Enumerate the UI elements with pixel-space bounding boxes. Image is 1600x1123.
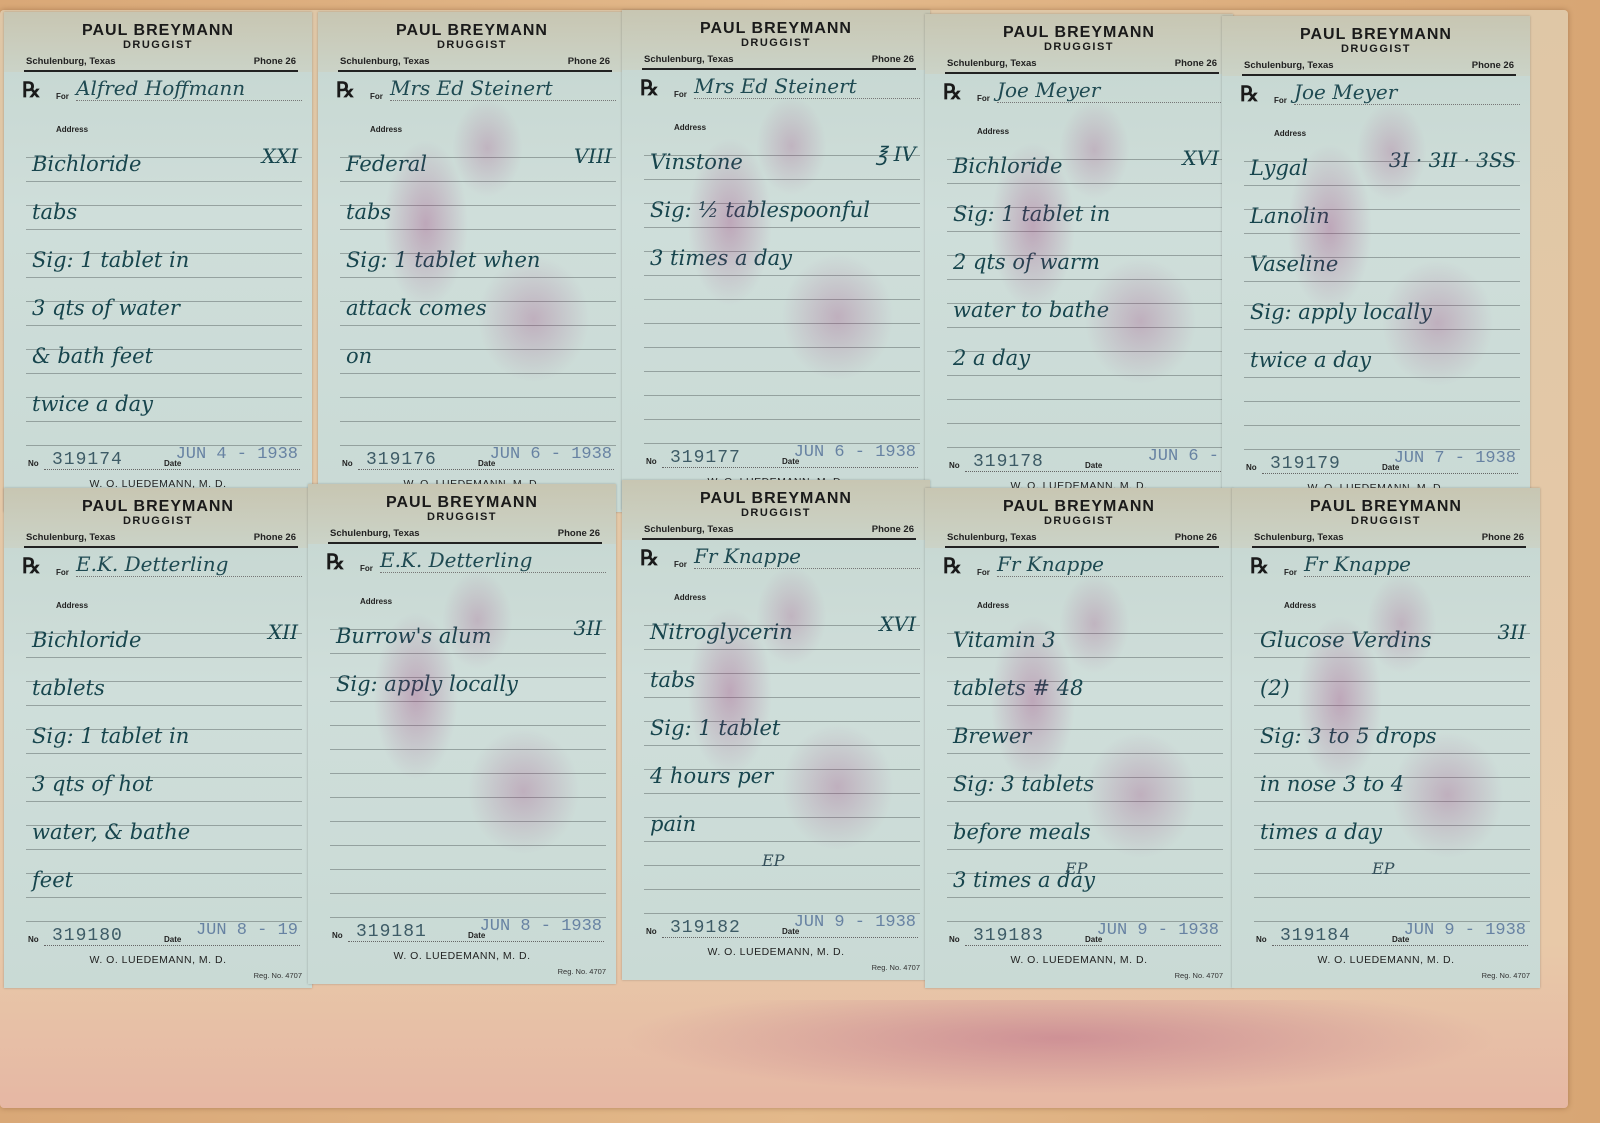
prescription-number: 319179 [1270,454,1341,474]
prescription-quantity: XXI [262,144,298,168]
number-label: No [646,927,657,936]
letterhead: PAUL BREYMANN DRUGGIST [318,22,626,51]
pharmacy-title: DRUGGIST [1232,515,1540,527]
patient-name: E.K. Detterling [380,548,606,573]
number-label: No [949,935,960,944]
prescription-text: Bichloride tabs Sig: 1 tablet in 3 qts o… [32,140,300,428]
rx-symbol-icon: ℞ [1250,554,1269,579]
physician-reg: Reg. No. 4707 [1482,971,1530,980]
pharmacy-title: DRUGGIST [4,515,312,527]
prescription-text: Bichloride tablets Sig: 1 tablet in 3 qt… [32,616,300,904]
for-label: For [977,568,990,577]
number-label: No [342,459,353,468]
address-label: Address [674,123,706,132]
prescription-number: 319184 [1280,926,1351,946]
rx-symbol-icon: ℞ [640,76,659,101]
prescription-quantity: 3I · 3II · 3SS [1389,148,1516,172]
prescription-number: 319181 [356,922,427,942]
pharmacy-location: Schulenburg, Texas [26,532,116,543]
patient-name: E.K. Detterling [76,552,302,577]
for-label: For [977,94,990,103]
address-label: Address [977,127,1009,136]
pharmacy-location: Schulenburg, Texas [644,54,734,65]
prescription-number: 319178 [973,452,1044,472]
rx-symbol-icon: ℞ [943,80,962,105]
pharmacy-title: DRUGGIST [318,39,626,51]
address-label: Address [360,597,392,606]
header-rule [24,70,298,72]
pharmacy-name: PAUL BREYMANN [622,490,930,508]
pharmacy-phone: Phone 26 [254,56,296,67]
letterhead: PAUL BREYMANN DRUGGIST [308,494,616,523]
prescription-quantity: XVI [879,612,916,636]
date-stamp: JUN 6 - 1938 [794,443,916,462]
prescription-slip-319176: PAUL BREYMANN DRUGGIST Schulenburg, Texa… [318,12,626,512]
patient-name: Mrs Ed Steinert [694,74,920,99]
address-label: Address [1284,601,1316,610]
pharmacy-name: PAUL BREYMANN [4,498,312,516]
header-rule [1252,546,1526,548]
date-stamp: JUN 4 - 1938 [176,445,298,464]
rx-symbol-icon: ℞ [336,78,355,103]
pharmacy-name: PAUL BREYMANN [318,22,626,40]
prescription-number: 319180 [52,926,123,946]
pharmacy-location: Schulenburg, Texas [947,58,1037,69]
header-rule [945,72,1219,74]
address-label: Address [370,125,402,134]
ink-stain [620,1000,1500,1095]
header-rule [1242,74,1516,76]
for-label: For [674,90,687,99]
patient-name: Mrs Ed Steinert [390,76,616,101]
rx-symbol-icon: ℞ [22,554,41,579]
physician-reg: Reg. No. 4707 [872,963,920,972]
date-stamp: JUN 6 - 1938 [490,445,612,464]
pharmacy-location: Schulenburg, Texas [1254,532,1344,543]
patient-name: Joe Meyer [997,78,1223,103]
rx-symbol-icon: ℞ [943,554,962,579]
prescription-text: Federal tabs Sig: 1 tablet when attack c… [346,140,614,380]
pharmacy-phone: Phone 26 [872,524,914,535]
pharmacy-title: DRUGGIST [622,507,930,519]
date-label: Date [1085,461,1102,470]
prescription-slip-319177: PAUL BREYMANN DRUGGIST Schulenburg, Texa… [622,10,930,510]
for-label: For [56,92,69,101]
pharmacy-location: Schulenburg, Texas [644,524,734,535]
pharmacy-title: DRUGGIST [308,511,616,523]
prescription-number: 319182 [670,918,741,938]
pharmacy-phone: Phone 26 [872,54,914,65]
physician-reg: Reg. No. 4707 [1175,971,1223,980]
number-label: No [646,457,657,466]
letterhead: PAUL BREYMANN DRUGGIST [4,22,312,51]
pharmacy-name: PAUL BREYMANN [925,24,1233,42]
date-label: Date [164,935,181,944]
for-label: For [370,92,383,101]
patient-name: Alfred Hoffmann [76,76,302,101]
pharmacy-name: PAUL BREYMANN [1222,26,1530,44]
pharmacy-title: DRUGGIST [1222,43,1530,55]
rx-symbol-icon: ℞ [22,78,41,103]
prescription-quantity: ℥ IV [876,142,916,166]
patient-name: Joe Meyer [1294,80,1520,105]
date-stamp: JUN 7 - 1938 [1394,449,1516,468]
letterhead: PAUL BREYMANN DRUGGIST [1232,498,1540,527]
date-stamp: JUN 6 - [1148,447,1219,466]
address-label: Address [1274,129,1306,138]
prescription-slip-319184: PAUL BREYMANN DRUGGIST Schulenburg, Texa… [1232,488,1540,988]
pharmacy-name: PAUL BREYMANN [4,22,312,40]
prescription-text: Lygal Lanolin Vaseline Sig: apply locall… [1250,144,1518,384]
pharmacy-title: DRUGGIST [925,41,1233,53]
letterhead: PAUL BREYMANN DRUGGIST [622,490,930,519]
number-label: No [28,459,39,468]
address-label: Address [56,125,88,134]
number-label: No [1246,463,1257,472]
number-label: No [949,461,960,470]
pharmacy-phone: Phone 26 [1482,532,1524,543]
patient-name: Fr Knappe [694,544,920,569]
address-label: Address [977,601,1009,610]
prescription-slip-319180: PAUL BREYMANN DRUGGIST Schulenburg, Texa… [4,488,312,988]
prescription-slip-319182: PAUL BREYMANN DRUGGIST Schulenburg, Texa… [622,480,930,980]
pharmacy-phone: Phone 26 [1175,58,1217,69]
physician-reg: Reg. No. 4707 [254,971,302,980]
for-label: For [56,568,69,577]
date-stamp: JUN 8 - 1938 [480,917,602,936]
pharmacy-title: DRUGGIST [622,37,930,49]
for-label: For [674,560,687,569]
header-rule [328,542,602,544]
pharmacy-title: DRUGGIST [4,39,312,51]
letterhead: PAUL BREYMANN DRUGGIST [4,498,312,527]
date-stamp: JUN 9 - 1938 [1404,921,1526,940]
prescription-quantity: 3II [573,616,602,640]
header-rule [338,70,612,72]
pharmacy-name: PAUL BREYMANN [308,494,616,512]
address-label: Address [56,601,88,610]
for-label: For [1284,568,1297,577]
letterhead: PAUL BREYMANN DRUGGIST [925,498,1233,527]
rx-symbol-icon: ℞ [1240,82,1259,107]
prescription-slip-319181: PAUL BREYMANN DRUGGIST Schulenburg, Texa… [308,484,616,984]
letterhead: PAUL BREYMANN DRUGGIST [622,20,930,49]
physician-name: W. O. LUEDEMANN, M. D. [622,946,930,958]
number-label: No [28,935,39,944]
pharmacy-name: PAUL BREYMANN [925,498,1233,516]
pharmacy-phone: Phone 26 [1472,60,1514,71]
number-label: No [332,931,343,940]
pharmacy-location: Schulenburg, Texas [26,56,116,67]
header-rule [642,538,916,540]
header-rule [24,546,298,548]
pharmacist-initials: EP [762,851,784,870]
letterhead: PAUL BREYMANN DRUGGIST [1222,26,1530,55]
pharmacy-phone: Phone 26 [254,532,296,543]
header-rule [642,68,916,70]
patient-name: Fr Knappe [997,552,1223,577]
for-label: For [1274,96,1287,105]
prescription-quantity: XVI [1182,146,1219,170]
pharmacy-phone: Phone 26 [568,56,610,67]
address-label: Address [674,593,706,602]
pharmacy-location: Schulenburg, Texas [947,532,1037,543]
for-label: For [360,564,373,573]
prescription-number: 319174 [52,450,123,470]
pharmacist-initials: EP [1372,859,1394,878]
prescription-number: 319183 [973,926,1044,946]
pharmacy-name: PAUL BREYMANN [622,20,930,38]
letterhead: PAUL BREYMANN DRUGGIST [925,24,1233,53]
number-label: No [1256,935,1267,944]
pharmacy-name: PAUL BREYMANN [1232,498,1540,516]
physician-name: W. O. LUEDEMANN, M. D. [925,954,1233,966]
physician-name: W. O. LUEDEMANN, M. D. [308,950,616,962]
physician-reg: Reg. No. 4707 [558,967,606,976]
pharmacy-location: Schulenburg, Texas [330,528,420,539]
pharmacy-phone: Phone 26 [1175,532,1217,543]
pharmacy-phone: Phone 26 [558,528,600,539]
prescription-number: 319176 [366,450,437,470]
patient-name: Fr Knappe [1304,552,1530,577]
pharmacist-initials: EP [1065,859,1087,878]
prescription-text: Burrow's alum Sig: apply locally [336,612,604,708]
prescription-slip-319174: PAUL BREYMANN DRUGGIST Schulenburg, Texa… [4,12,312,512]
prescription-text: Glucose Verdins (2) Sig: 3 to 5 drops in… [1260,616,1528,856]
date-stamp: JUN 8 - 19 [196,921,298,940]
prescription-text: Bichloride Sig: 1 tablet in 2 qts of war… [953,142,1221,382]
prescription-number: 319177 [670,448,741,468]
rx-symbol-icon: ℞ [640,546,659,571]
rx-symbol-icon: ℞ [326,550,345,575]
prescription-slip-319178: PAUL BREYMANN DRUGGIST Schulenburg, Texa… [925,14,1233,514]
header-rule [945,546,1219,548]
prescription-quantity: VIII [574,144,612,168]
physician-name: W. O. LUEDEMANN, M. D. [4,954,312,966]
prescription-quantity: XII [268,620,298,644]
pharmacy-location: Schulenburg, Texas [1244,60,1334,71]
pharmacy-location: Schulenburg, Texas [340,56,430,67]
prescription-slip-319183: PAUL BREYMANN DRUGGIST Schulenburg, Texa… [925,488,1233,988]
prescription-text: Nitroglycerin tabs Sig: 1 tablet 4 hours… [650,608,918,848]
physician-name: W. O. LUEDEMANN, M. D. [1232,954,1540,966]
prescription-slip-319179: PAUL BREYMANN DRUGGIST Schulenburg, Texa… [1222,16,1530,516]
prescription-quantity: 3II [1497,620,1526,644]
date-stamp: JUN 9 - 1938 [794,913,916,932]
pharmacy-title: DRUGGIST [925,515,1233,527]
date-stamp: JUN 9 - 1938 [1097,921,1219,940]
